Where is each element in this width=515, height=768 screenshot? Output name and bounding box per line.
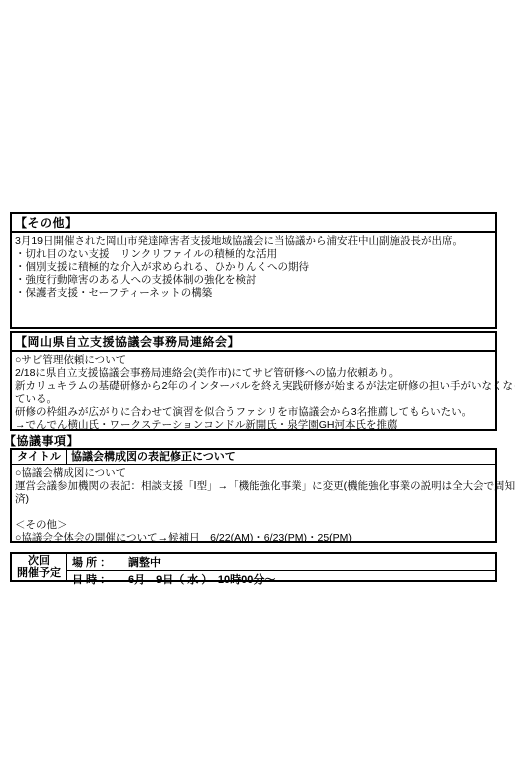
- next-meeting-time-row: 日 時 ： 6月 9日（ 水 ） 10時00分～: [67, 571, 495, 587]
- place-value: 調整中: [128, 554, 161, 570]
- next-meeting-label-line1: 次回: [28, 555, 50, 567]
- place-label: 場 所 ：: [72, 554, 128, 570]
- section-other: 【その他】 3月19日開催された岡山市発達障害者支援地域協議会に当協議から浦安荘…: [10, 212, 497, 329]
- text-line: 3月19日開催された岡山市発達障害者支援地域協議会に当協議から浦安荘中山副施設長…: [15, 235, 492, 248]
- section-renraku-title: 【岡山県自立支援協議会事務局連絡会】: [15, 333, 240, 350]
- text-line: 新カリュキラムの基礎研修から2年のインターバルを終え実践研修が始まるが法定研修の…: [15, 380, 492, 393]
- section-agenda: タイトル 協議会構成図の表記修正について ○協議会構成図について 運営会議参加機…: [10, 448, 497, 543]
- text-line: ・強度行動障害のある人への支援体制の強化を検討: [15, 274, 492, 287]
- text-line: 運営会議参加機関の表記：相談支援「Ⅰ型」→「機能強化事業」に変更(機能強化事業の…: [15, 480, 492, 493]
- text-line: →でんでん横山氏・ワークステーションコンドル新開氏・泉学園GH河本氏を推薦: [15, 419, 492, 432]
- text-line: [15, 506, 492, 519]
- section-agenda-heading: 【協議事項】: [4, 432, 79, 449]
- text-line: ・保護者支援・セーフティーネットの構築: [15, 287, 492, 300]
- section-renraku-header: 【岡山県自立支援協議会事務局連絡会】: [12, 333, 495, 352]
- text-line: ている。: [15, 393, 492, 406]
- agenda-title-row: タイトル 協議会構成図の表記修正について: [12, 450, 495, 465]
- text-line: ○協議会全体会の開催について→候補日 6/22(AM)・6/23(PM)・25(…: [15, 532, 492, 545]
- section-other-title: 【その他】: [15, 214, 78, 231]
- text-line: ・切れ目のない支援 リンクリファイルの積極的な活用: [15, 248, 492, 261]
- section-renraku: 【岡山県自立支援協議会事務局連絡会】 ○サビ管理依頼について 2/18に県自立支…: [10, 331, 497, 431]
- next-meeting-place-row: 場 所 ： 調整中: [67, 554, 495, 571]
- section-renraku-body: ○サビ管理依頼について 2/18に県自立支援協議会事務局連絡会(美作市)にてサビ…: [12, 352, 495, 434]
- text-line: ＜その他＞: [15, 519, 492, 532]
- text-line: 2/18に県自立支援協議会事務局連絡会(美作市)にてサビ管研修への協力依頼あり。: [15, 367, 492, 380]
- section-other-body: 3月19日開催された岡山市発達障害者支援地域協議会に当協議から浦安荘中山副施設長…: [12, 233, 495, 302]
- text-line: 研修の枠組みが広がりに合わせて演習を似合うファシリを市協議会から3名推薦してもら…: [15, 406, 492, 419]
- next-meeting-label-line2: 開催予定: [17, 567, 61, 579]
- text-line: ・個別支援に積極的な介入が求められる、ひかりんくへの期待: [15, 261, 492, 274]
- agenda-title-label: タイトル: [12, 450, 67, 464]
- text-line: ○協議会構成図について: [15, 467, 492, 480]
- next-meeting-label: 次回 開催予定: [12, 554, 67, 580]
- text-line: ○サビ管理依頼について: [15, 354, 492, 367]
- time-label: 日 時 ：: [72, 571, 128, 587]
- text-line: 済): [15, 493, 492, 506]
- section-agenda-body: ○協議会構成図について 運営会議参加機関の表記：相談支援「Ⅰ型」→「機能強化事業…: [12, 465, 495, 547]
- next-meeting-table: 次回 開催予定 場 所 ： 調整中 日 時 ： 6月 9日（ 水 ） 10時00…: [10, 552, 497, 582]
- time-value: 6月 9日（ 水 ） 10時00分～: [128, 571, 275, 587]
- agenda-title-value: 協議会構成図の表記修正について: [67, 450, 236, 464]
- next-meeting-rows: 場 所 ： 調整中 日 時 ： 6月 9日（ 水 ） 10時00分～: [67, 554, 495, 580]
- section-other-header: 【その他】: [12, 214, 495, 233]
- document-page: 【その他】 3月19日開催された岡山市発達障害者支援地域協議会に当協議から浦安荘…: [0, 0, 515, 768]
